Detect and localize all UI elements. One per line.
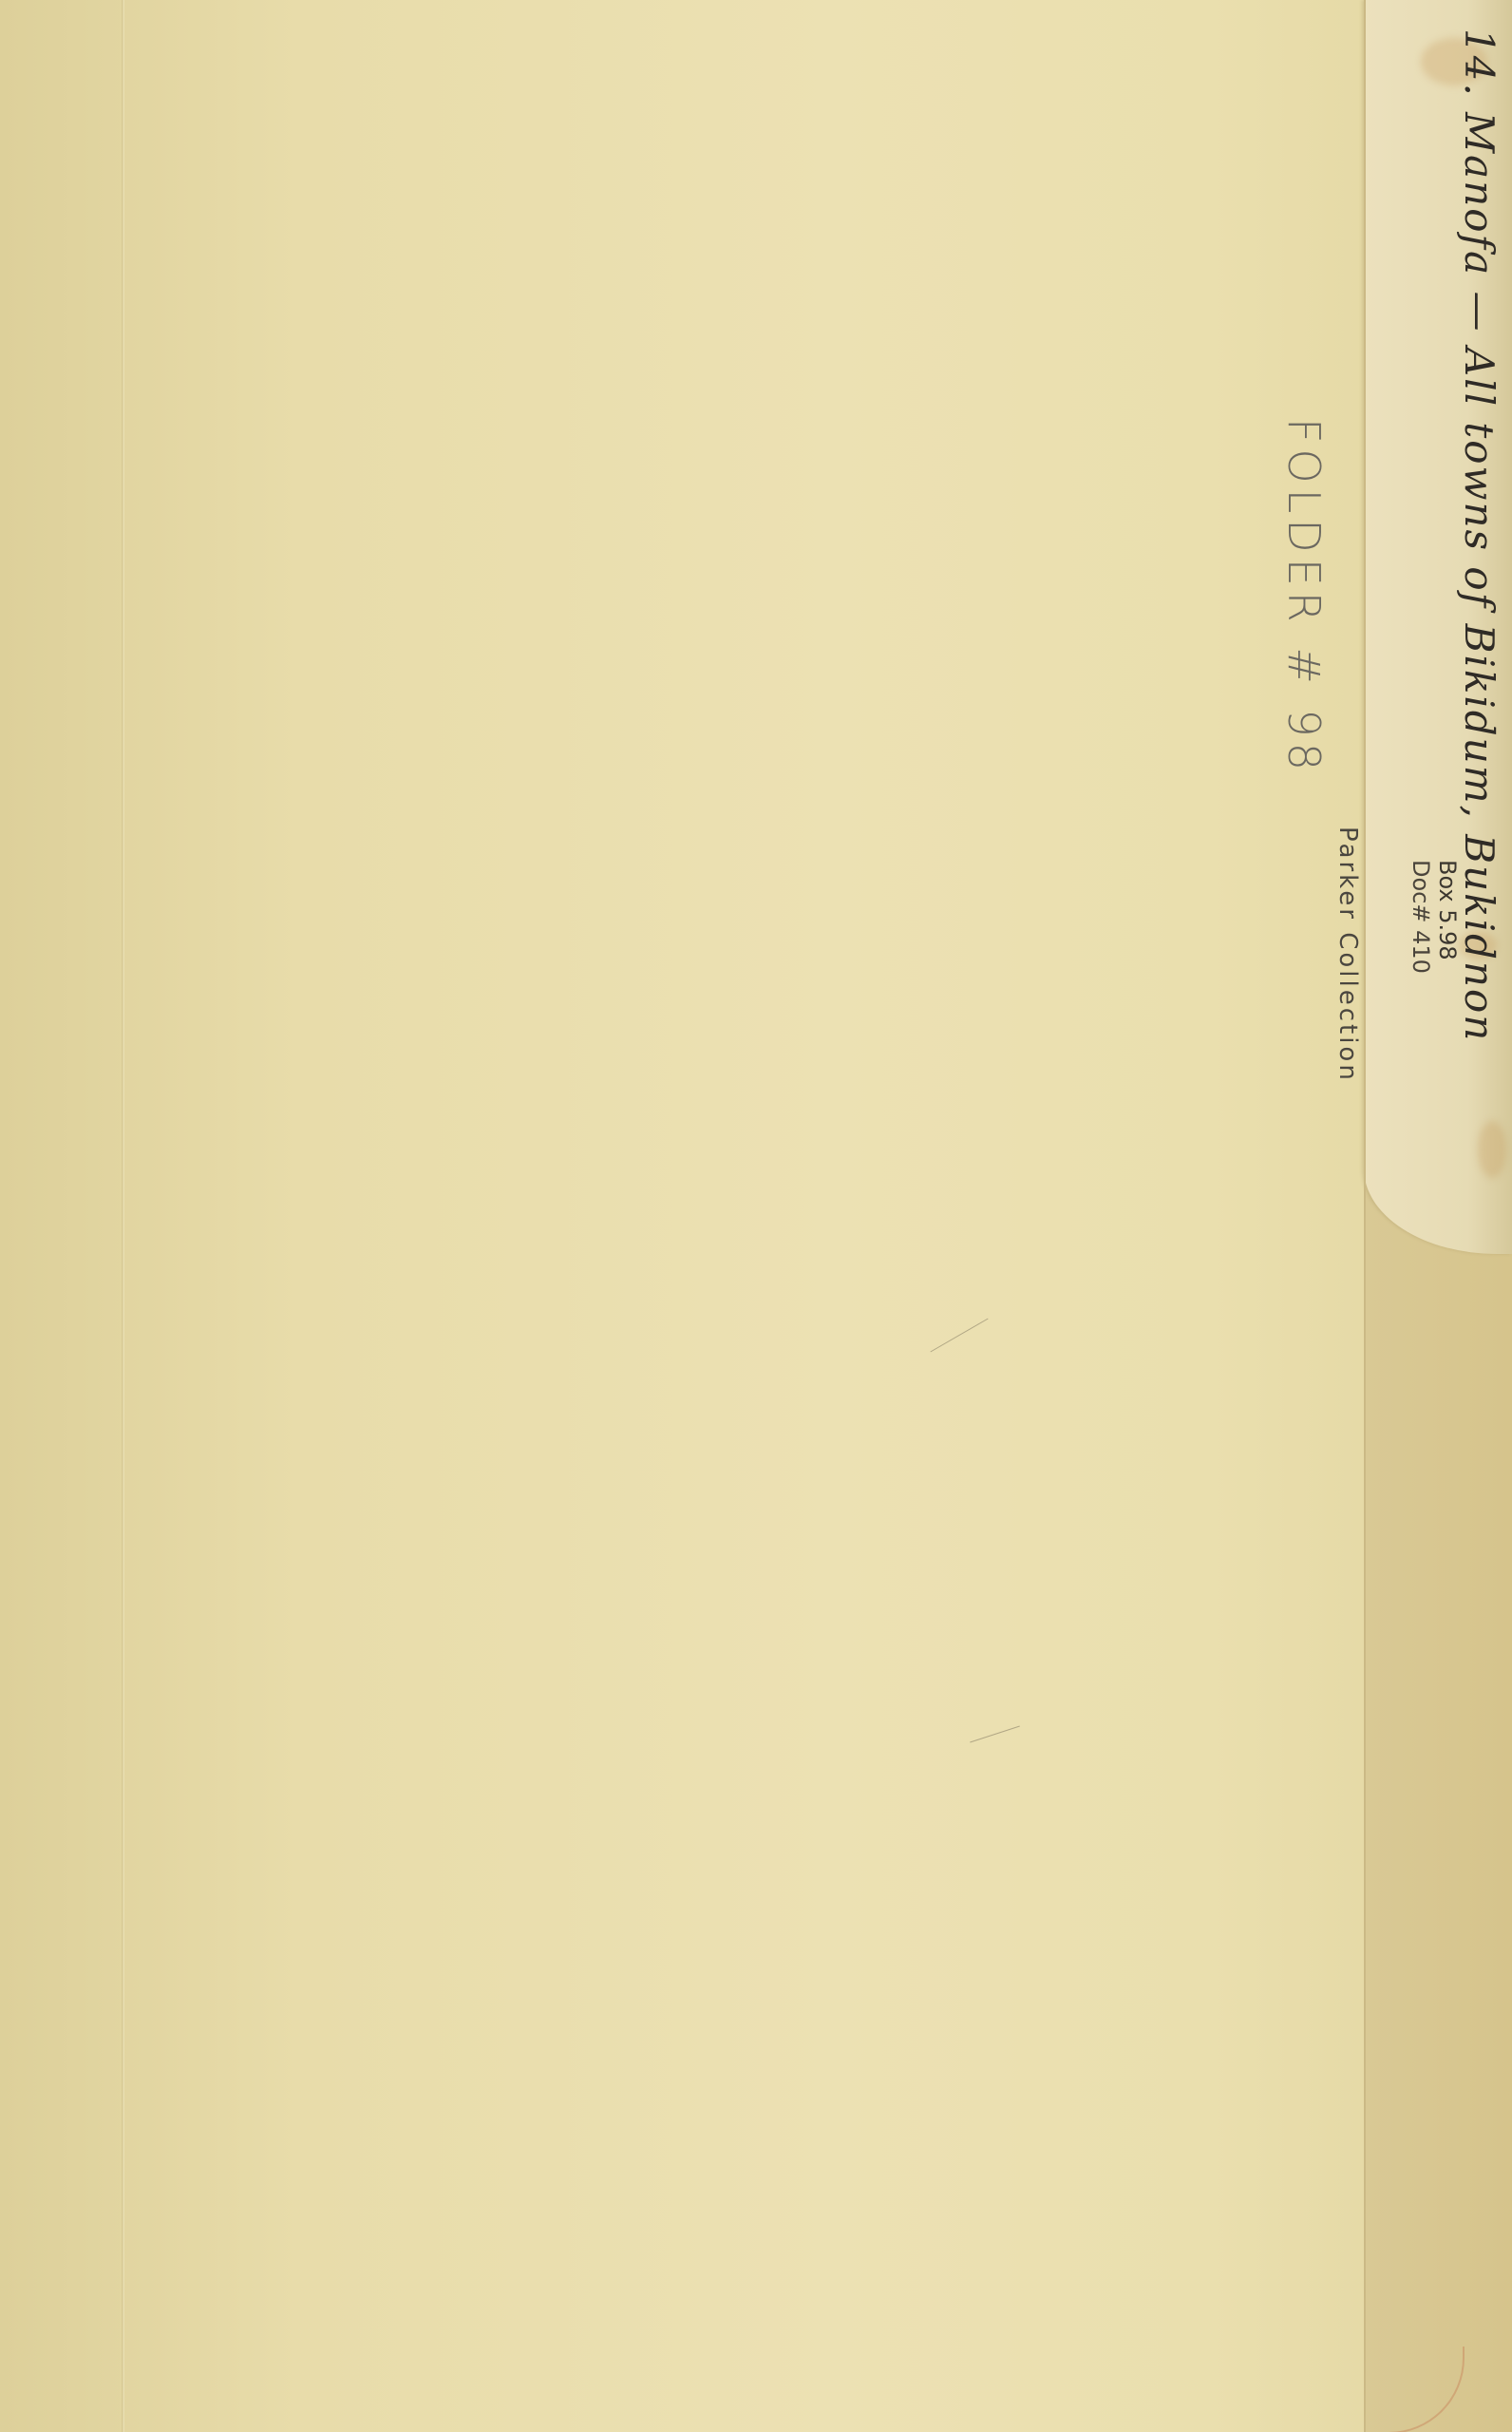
folder-edge: [1364, 0, 1366, 2432]
box-number: Box 5.98: [1434, 860, 1461, 960]
fold-line: [122, 0, 124, 2432]
doc-number: Doc# 410: [1408, 860, 1434, 974]
scratch-mark: [930, 1319, 988, 1353]
folder-number: FOLDER # 98: [1278, 418, 1330, 776]
tab-label: 14. Manofa — All towns of Bikidum, Bukid…: [1456, 28, 1503, 1042]
collection-label: Parker Collection: [1333, 826, 1362, 1083]
stain: [1478, 1121, 1506, 1178]
folder-front: [0, 0, 1512, 2432]
scratch-mark: [970, 1726, 1020, 1743]
